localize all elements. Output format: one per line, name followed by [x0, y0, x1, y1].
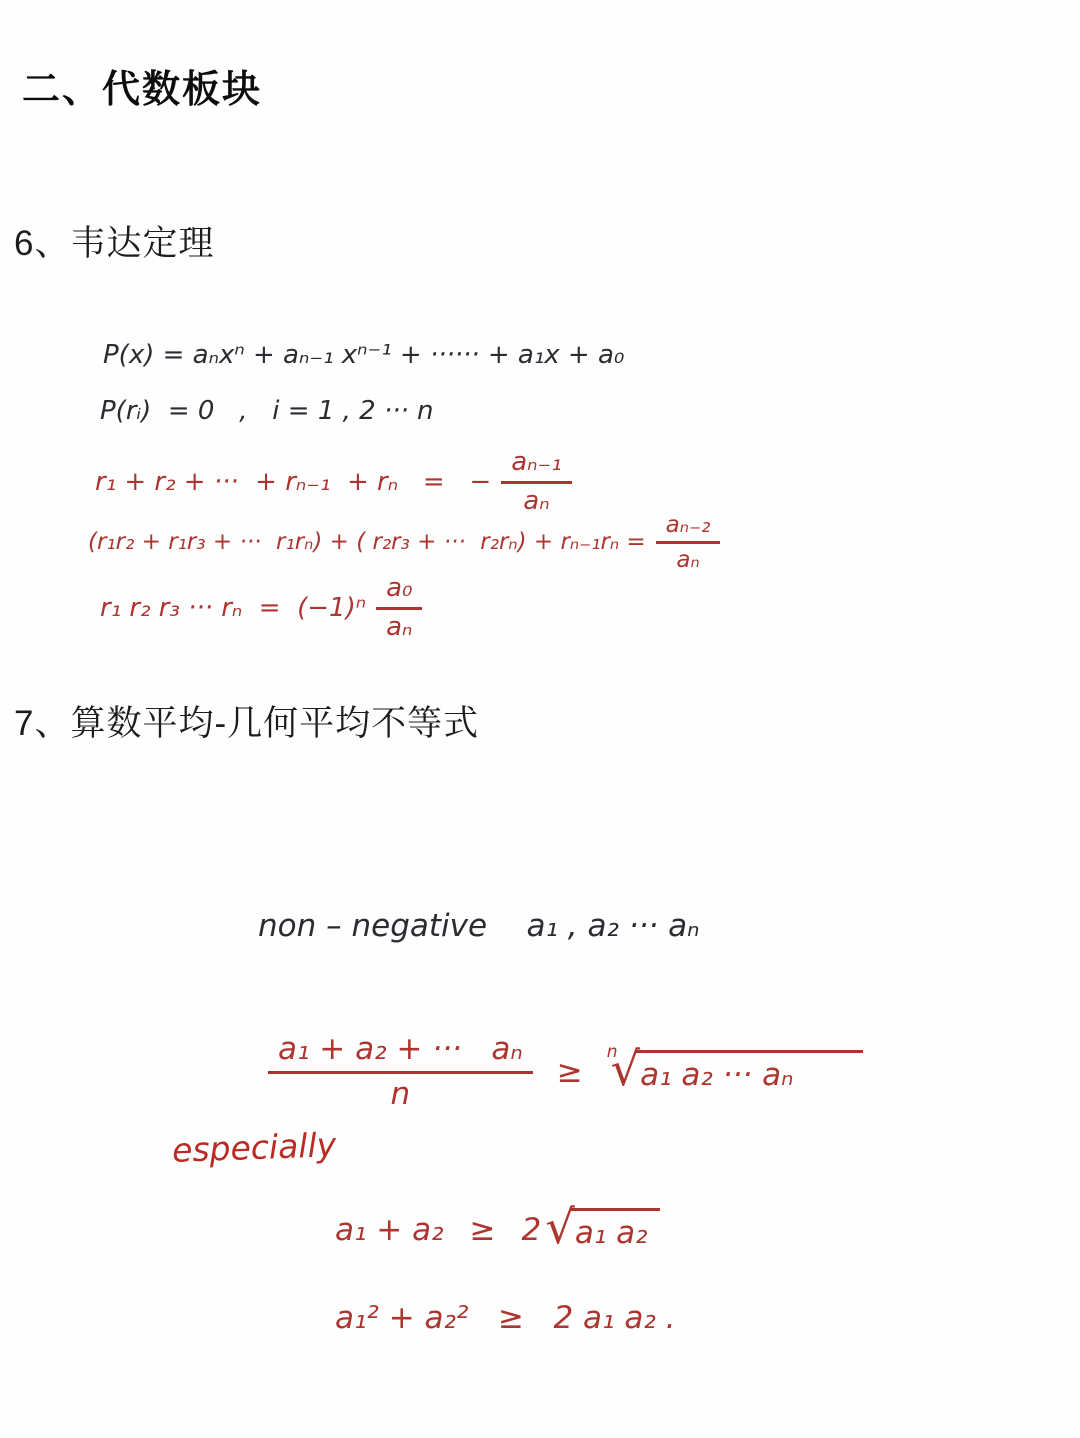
formula-text: a₁² + a₂² ≥ 2 a₁ a₂ . — [335, 1300, 675, 1337]
greater-equal-sign: ≥ — [557, 1054, 583, 1091]
amgm-especially-label: especially — [171, 1125, 336, 1170]
formula-text: P(x) = aₙxⁿ + aₙ₋₁ xⁿ⁻¹ + ······ + a₁x +… — [103, 340, 624, 371]
amgm-condition-line: non – negative a₁ , a₂ ··· aₙ — [258, 908, 700, 945]
amgm-two-term-inequality: a₁ + a₂ ≥ 2 √ a₁ a₂ — [335, 1208, 660, 1252]
fraction-denominator: aₙ — [676, 544, 699, 573]
fraction-denominator: n — [391, 1074, 411, 1113]
nth-root: n √ a₁ a₂ ··· aₙ — [607, 1050, 864, 1094]
fraction-numerator: a₁ + a₂ + ··· aₙ — [268, 1032, 533, 1074]
fraction: aₙ₋₂ aₙ — [656, 512, 721, 574]
fraction-numerator: aₙ₋₁ — [501, 448, 571, 484]
fraction: a₁ + a₂ + ··· aₙ n — [268, 1032, 533, 1112]
vieta-heading: 6、韦达定理 — [14, 216, 214, 266]
amgm-heading: 7、算数平均-几何平均不等式 — [14, 696, 479, 746]
fraction: a₀ aₙ — [376, 574, 422, 643]
radicand: a₁ a₂ — [571, 1208, 660, 1252]
fraction: aₙ₋₁ aₙ — [501, 448, 571, 517]
notes-page: 二、代数板块 6、韦达定理 P(x) = aₙxⁿ + aₙ₋₁ xⁿ⁻¹ + … — [0, 0, 1080, 1438]
amgm-mean-inequality: a₁ + a₂ + ··· aₙ n ≥ n √ a₁ a₂ ··· aₙ — [268, 1032, 863, 1112]
formula-text: r₁ + r₂ + ··· + rₙ₋₁ + rₙ = − — [95, 467, 491, 498]
formula-text: a₁ + a₂ — [335, 1212, 444, 1249]
formula-text: P(rᵢ) = 0 , i = 1 , 2 ··· n — [100, 396, 434, 427]
section-heading: 二、代数板块 — [22, 58, 262, 113]
formula-text: non – negative a₁ , a₂ ··· aₙ — [258, 908, 700, 945]
amgm-squares-inequality: a₁² + a₂² ≥ 2 a₁ a₂ . — [335, 1300, 675, 1337]
greater-equal-sign: ≥ — [470, 1212, 496, 1249]
fraction-numerator: aₙ₋₂ — [656, 512, 721, 544]
radicand: a₁ a₂ ··· aₙ — [636, 1050, 863, 1094]
vieta-roots-line: P(rᵢ) = 0 , i = 1 , 2 ··· n — [100, 396, 434, 427]
vieta-product-formula: r₁ r₂ r₃ ··· rₙ = (−1)ⁿ a₀ aₙ — [100, 574, 422, 643]
formula-text: r₁ r₂ r₃ ··· rₙ = (−1)ⁿ — [100, 593, 366, 624]
vieta-sum-formula: r₁ + r₂ + ··· + rₙ₋₁ + rₙ = − aₙ₋₁ aₙ — [95, 448, 572, 517]
fraction-denominator: aₙ — [386, 610, 412, 643]
fraction-numerator: a₀ — [376, 574, 422, 610]
vieta-polynomial-line: P(x) = aₙxⁿ + aₙ₋₁ xⁿ⁻¹ + ······ + a₁x +… — [103, 340, 624, 371]
formula-text: (r₁r₂ + r₁r₃ + ··· r₁rₙ) + ( r₂r₃ + ··· … — [88, 529, 646, 557]
coefficient: 2 — [522, 1212, 542, 1249]
vieta-pairs-formula: (r₁r₂ + r₁r₃ + ··· r₁rₙ) + ( r₂r₃ + ··· … — [88, 512, 720, 574]
square-root: √ a₁ a₂ — [545, 1208, 659, 1252]
